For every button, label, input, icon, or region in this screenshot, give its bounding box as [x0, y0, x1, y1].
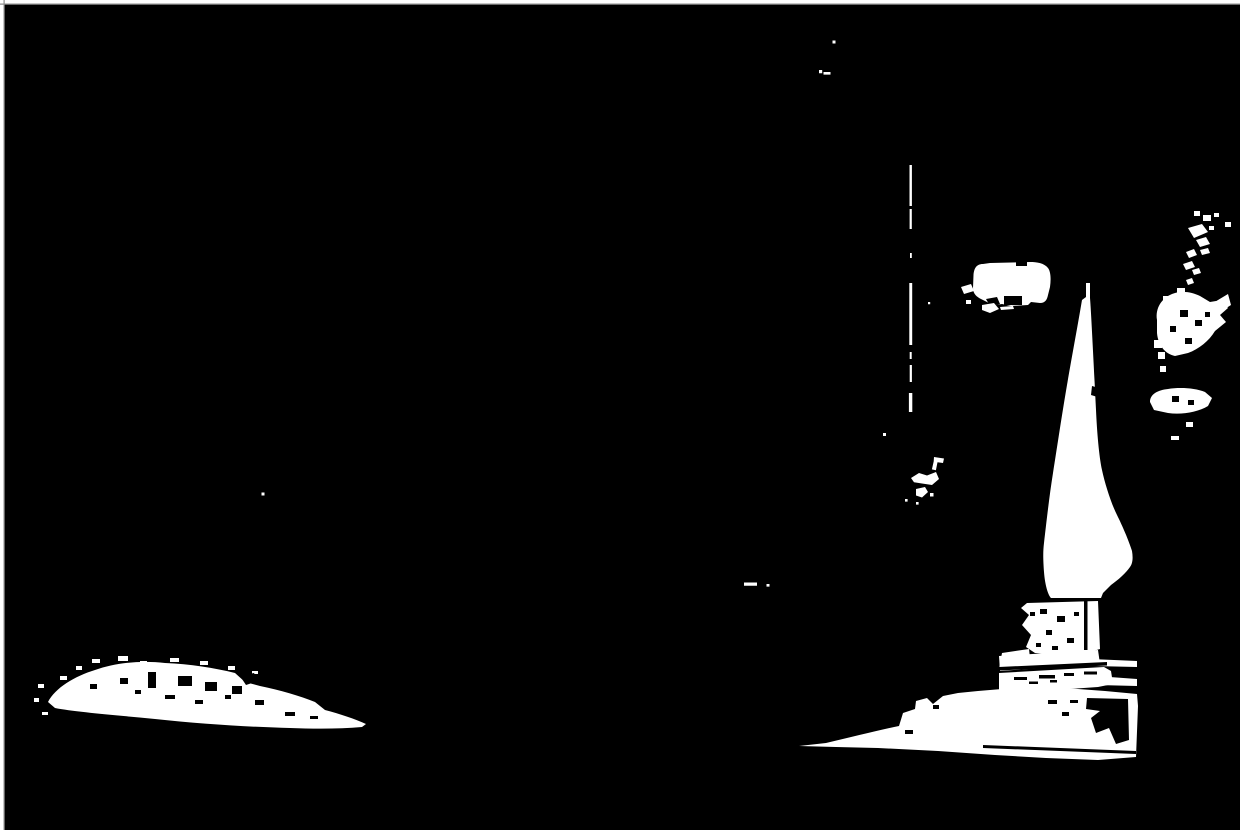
pedestal-neck: [1021, 601, 1100, 655]
binarized-photo-canvas: [0, 0, 1240, 830]
frame-top-line: [0, 4, 1240, 5]
photo-svg: [0, 0, 1240, 830]
frame-top-strip: [0, 0, 1240, 4]
frame-left-line: [4, 0, 5, 830]
frame-left-strip: [0, 0, 4, 830]
